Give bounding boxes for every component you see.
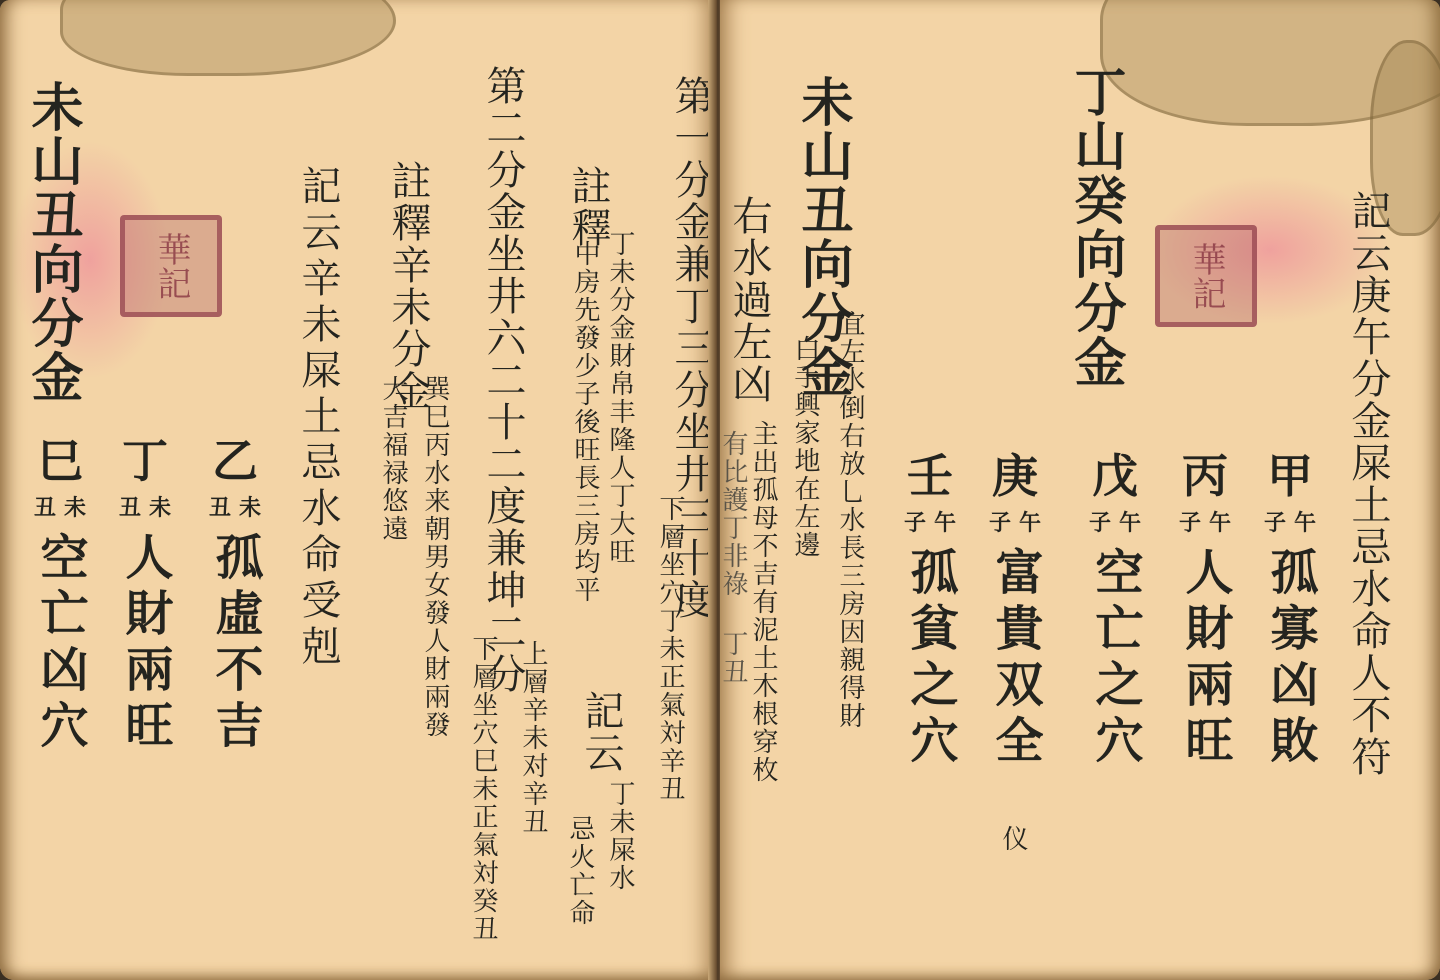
red-seal-stamp: 華記 bbox=[120, 215, 222, 317]
ganzhi-entry: 壬 子午 孤貧之穴 bbox=[890, 440, 970, 771]
red-seal-stamp: 華記 bbox=[1155, 225, 1257, 327]
section-title: 丁山癸向分金 bbox=[1065, 65, 1125, 389]
record-text: 丁未屎水 bbox=[605, 780, 635, 892]
record-text: 記云庚午分金屎土忌水命人不符 bbox=[1345, 190, 1391, 778]
gutter-title: 右水過左凶 bbox=[726, 195, 772, 405]
ganzhi-entry: 丙 子午 人財兩旺 bbox=[1165, 440, 1245, 771]
ganzhi-entry: 庚 子午 富貴双全 bbox=[975, 440, 1055, 771]
gutter-faint-text: 有比護丁非祿 丁丑 bbox=[720, 430, 748, 686]
ganzhi-entry: 乙 丑未 孤虛不吉 bbox=[200, 425, 270, 756]
ganzhi-entry: 巳 丑未 空亡凶穴 bbox=[25, 425, 95, 756]
right-page: 華記 有比護丁非祿 丁丑 右水過左凶 主出孤母不吉有泥土木根穿枚 未山丑向分金 … bbox=[720, 0, 1440, 980]
ganzhi-entry: 丁 丑未 人財兩旺 bbox=[110, 425, 180, 756]
division-lower: 下層坐穴巳未正氣対癸丑 bbox=[468, 635, 498, 943]
ganzhi-entry: 甲 子午 孤寡凶敗 bbox=[1250, 440, 1330, 771]
gutter-text: 主出孤母不吉有泥土木根穿枚 bbox=[748, 420, 778, 784]
division-lower: 下層坐穴丁未正氣対辛丑 bbox=[655, 495, 685, 803]
record-text: 忌火亡命 bbox=[565, 815, 595, 927]
section-text: 宜左水倒右放乚水長三房因親得財 bbox=[835, 310, 865, 730]
record-text: 記云辛未屎土忌水命受剋 bbox=[295, 165, 341, 671]
left-page: 華記 未山丑向分金 乙 丑未 孤虛不吉 丁 丑未 人財兩旺 巳 丑未 空亡凶穴 … bbox=[0, 0, 716, 980]
annotation-text: 丁未分金財帛丰隆人丁大旺 bbox=[605, 230, 635, 566]
marginal-mark: 仪 bbox=[998, 825, 1028, 853]
record-label: 記云 bbox=[578, 690, 624, 774]
water-stain bbox=[60, 0, 396, 76]
annotation-text: 巽巳丙水来朝男女發人財兩發 bbox=[420, 375, 450, 739]
section-title: 未山丑向分金 bbox=[22, 80, 82, 404]
annotation-text: 中房先發少子後旺長三房均平 bbox=[570, 240, 600, 604]
ganzhi-entry: 戊 子午 空亡之穴 bbox=[1075, 440, 1155, 771]
section-note: 白手興家地在左邊 bbox=[790, 335, 820, 559]
division-title: 第二分金坐井六二十二度兼坤二分 bbox=[480, 65, 526, 695]
division-upper: 上層辛未对辛丑 bbox=[518, 640, 548, 836]
annotation-text: 大吉福禄悠遠 bbox=[378, 375, 408, 543]
